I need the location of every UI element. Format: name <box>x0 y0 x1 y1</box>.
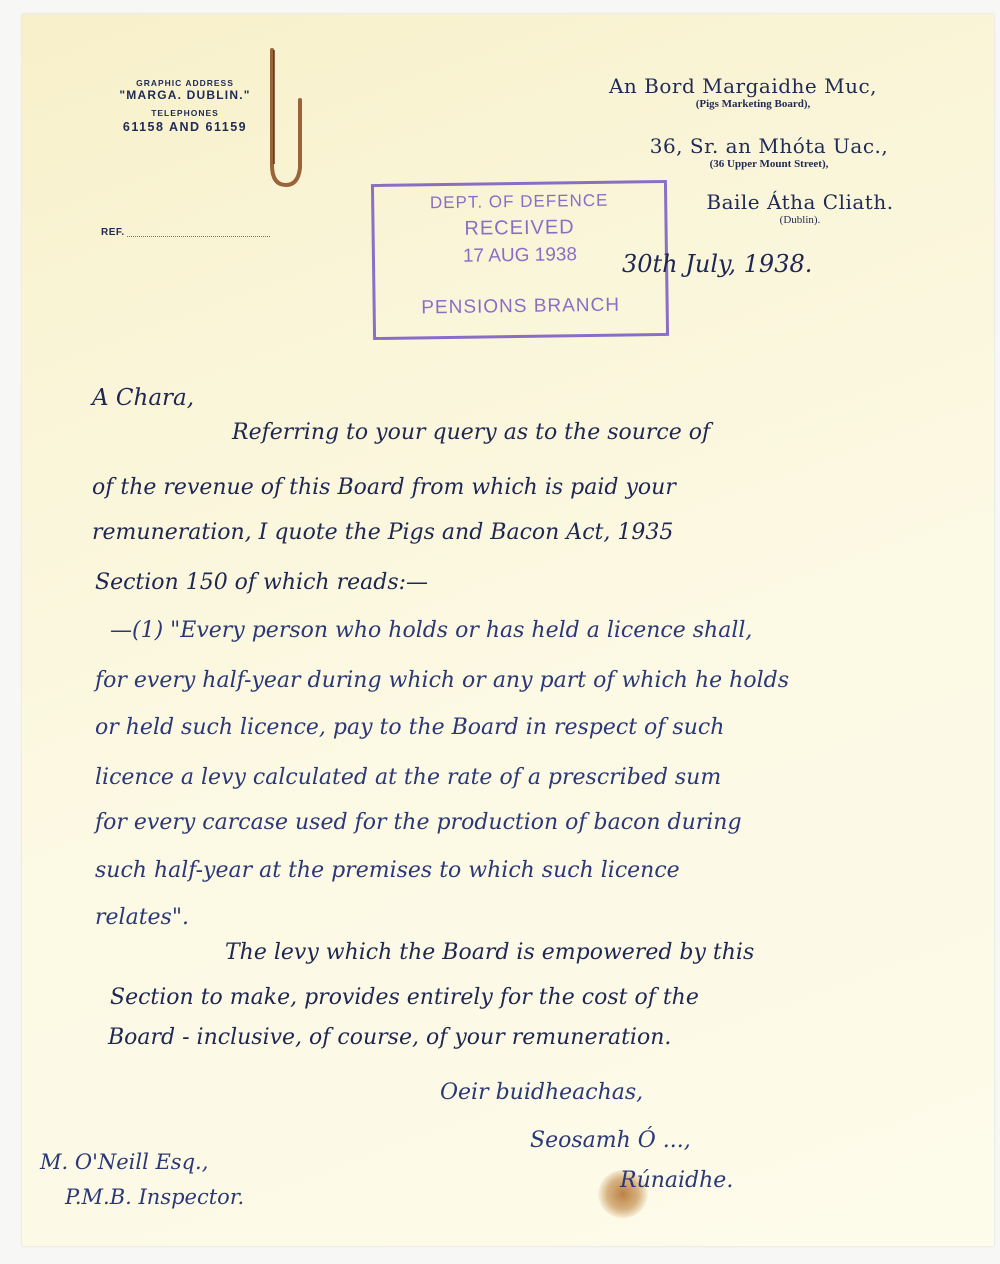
address-gaelic: 36, Sr. an Mhóta Uac., <box>638 134 900 158</box>
letterhead-address: 36, Sr. an Mhóta Uac., (36 Upper Mount S… <box>638 134 900 170</box>
salutation: A Chara, <box>92 385 194 411</box>
ref-field-line <box>127 236 270 237</box>
stamp-dept: DEPT. OF DEFENCE <box>374 190 664 214</box>
letterhead-contact: GRAPHIC ADDRESS "MARGA. DUBLIN." TELEPHO… <box>100 78 270 134</box>
org-name-english: (Pigs Marketing Board), <box>618 98 888 110</box>
telephones-label: TELEPHONES <box>100 108 270 118</box>
stamp-branch: PENSIONS BRANCH <box>376 294 666 320</box>
body-line: of the revenue of this Board from which … <box>92 475 676 500</box>
org-name-gaelic: An Bord Margaidhe Muc, <box>598 74 888 98</box>
signatory-title: Rúnaidhe. <box>620 1168 733 1193</box>
body-line: remuneration, I quote the Pigs and Bacon… <box>92 520 673 545</box>
ref-label: REF. <box>101 227 125 238</box>
body-line: The levy which the Board is empowered by… <box>225 940 754 965</box>
body-line: Section to make, provides entirely for t… <box>110 985 699 1010</box>
letterhead-city: Baile Átha Cliath. (Dublin). <box>700 190 900 226</box>
letterhead-org: An Bord Margaidhe Muc, (Pigs Marketing B… <box>598 74 888 110</box>
closing-phrase: Oeir buidheachas, <box>440 1080 643 1105</box>
body-line: Referring to your query as to the source… <box>232 420 710 445</box>
city-english: (Dublin). <box>700 214 900 226</box>
stamp-received: RECEIVED <box>374 215 664 242</box>
body-line: licence a levy calculated at the rate of… <box>95 765 721 790</box>
body-line: for every half-year during which or any … <box>95 668 789 693</box>
letter-date: 30th July, 1938. <box>622 250 812 278</box>
paperclip-icon <box>266 40 306 190</box>
signature: Seosamh Ó ..., <box>530 1128 691 1153</box>
addressee-title: P.M.B. Inspector. <box>65 1185 244 1209</box>
city-gaelic: Baile Átha Cliath. <box>700 190 900 214</box>
telegraphic-label: GRAPHIC ADDRESS <box>100 78 270 88</box>
addressee-name: M. O'Neill Esq., <box>40 1150 208 1174</box>
body-line: —(1) "Every person who holds or has held… <box>110 618 752 643</box>
address-english: (36 Upper Mount Street), <box>638 158 900 170</box>
body-line: or held such licence, pay to the Board i… <box>95 715 724 740</box>
body-line: for every carcase used for the productio… <box>95 810 742 835</box>
body-line: such half-year at the premises to which … <box>95 858 680 883</box>
body-line: Board - inclusive, of course, of your re… <box>108 1025 671 1050</box>
body-line: relates". <box>95 905 189 930</box>
telephone-numbers: 61158 AND 61159 <box>100 120 270 134</box>
telegraphic-address: "MARGA. DUBLIN." <box>100 88 270 102</box>
body-line: Section 150 of which reads:— <box>95 570 428 595</box>
